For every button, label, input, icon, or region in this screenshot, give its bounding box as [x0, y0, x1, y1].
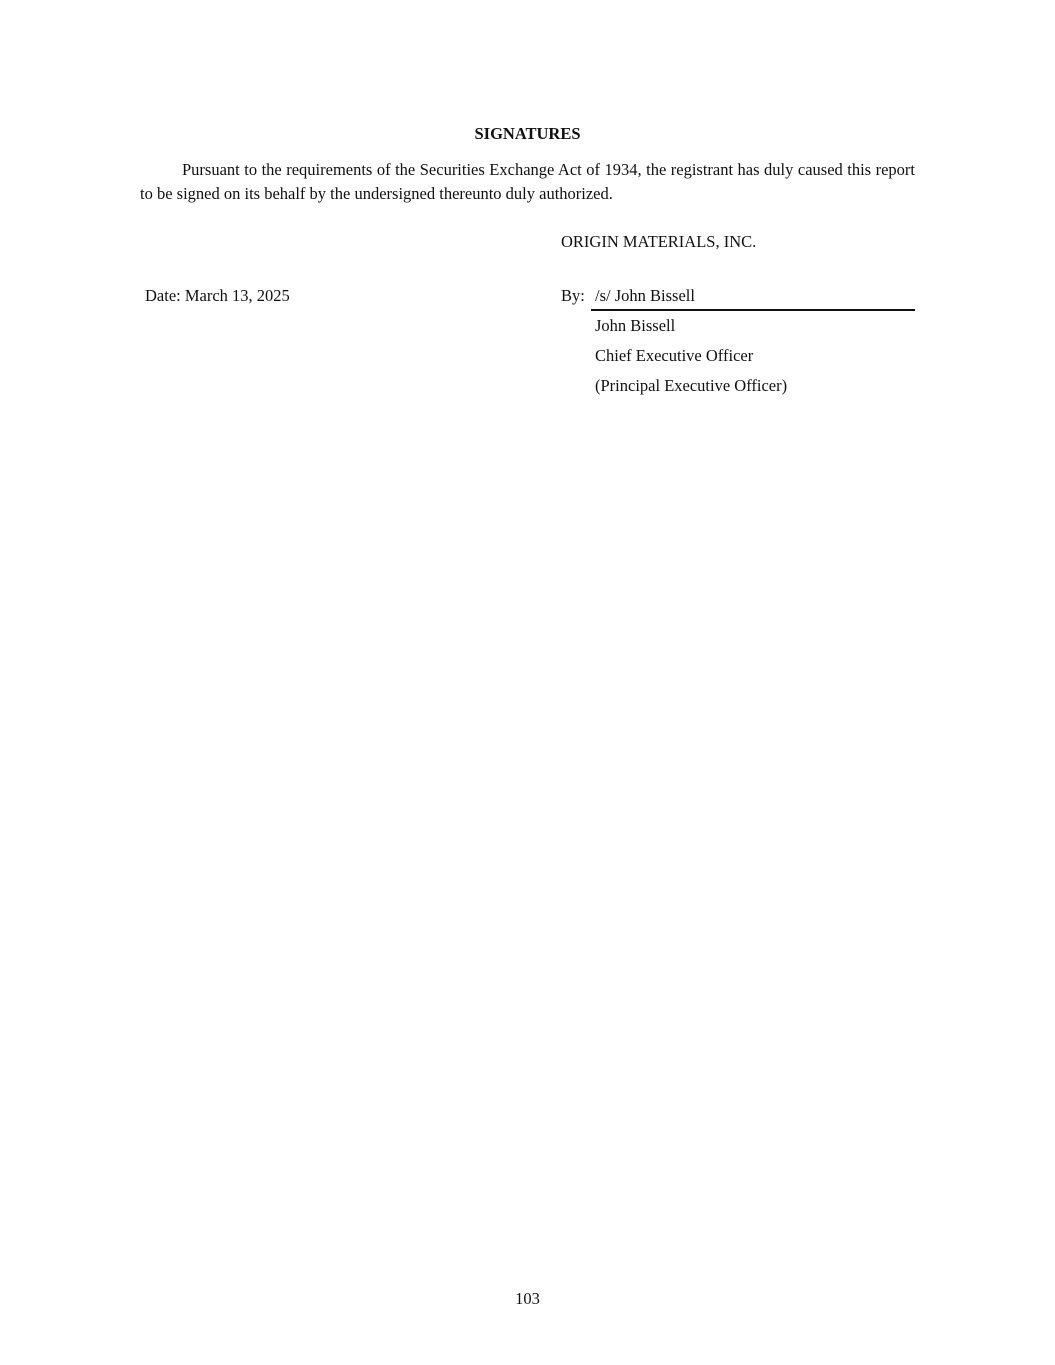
- signer-title: Chief Executive Officer: [595, 346, 753, 366]
- company-name: ORIGIN MATERIALS, INC.: [561, 232, 756, 252]
- section-heading: SIGNATURES: [0, 124, 1055, 144]
- signature-date: Date: March 13, 2025: [145, 286, 290, 306]
- authorization-paragraph: Pursuant to the requirements of the Secu…: [140, 158, 915, 206]
- by-label: By:: [561, 286, 585, 306]
- signer-role: (Principal Executive Officer): [595, 376, 787, 396]
- signer-name: John Bissell: [595, 316, 675, 336]
- conformed-signature: /s/ John Bissell: [595, 286, 695, 306]
- signature-line: [591, 309, 915, 311]
- page-number: 103: [0, 1289, 1055, 1309]
